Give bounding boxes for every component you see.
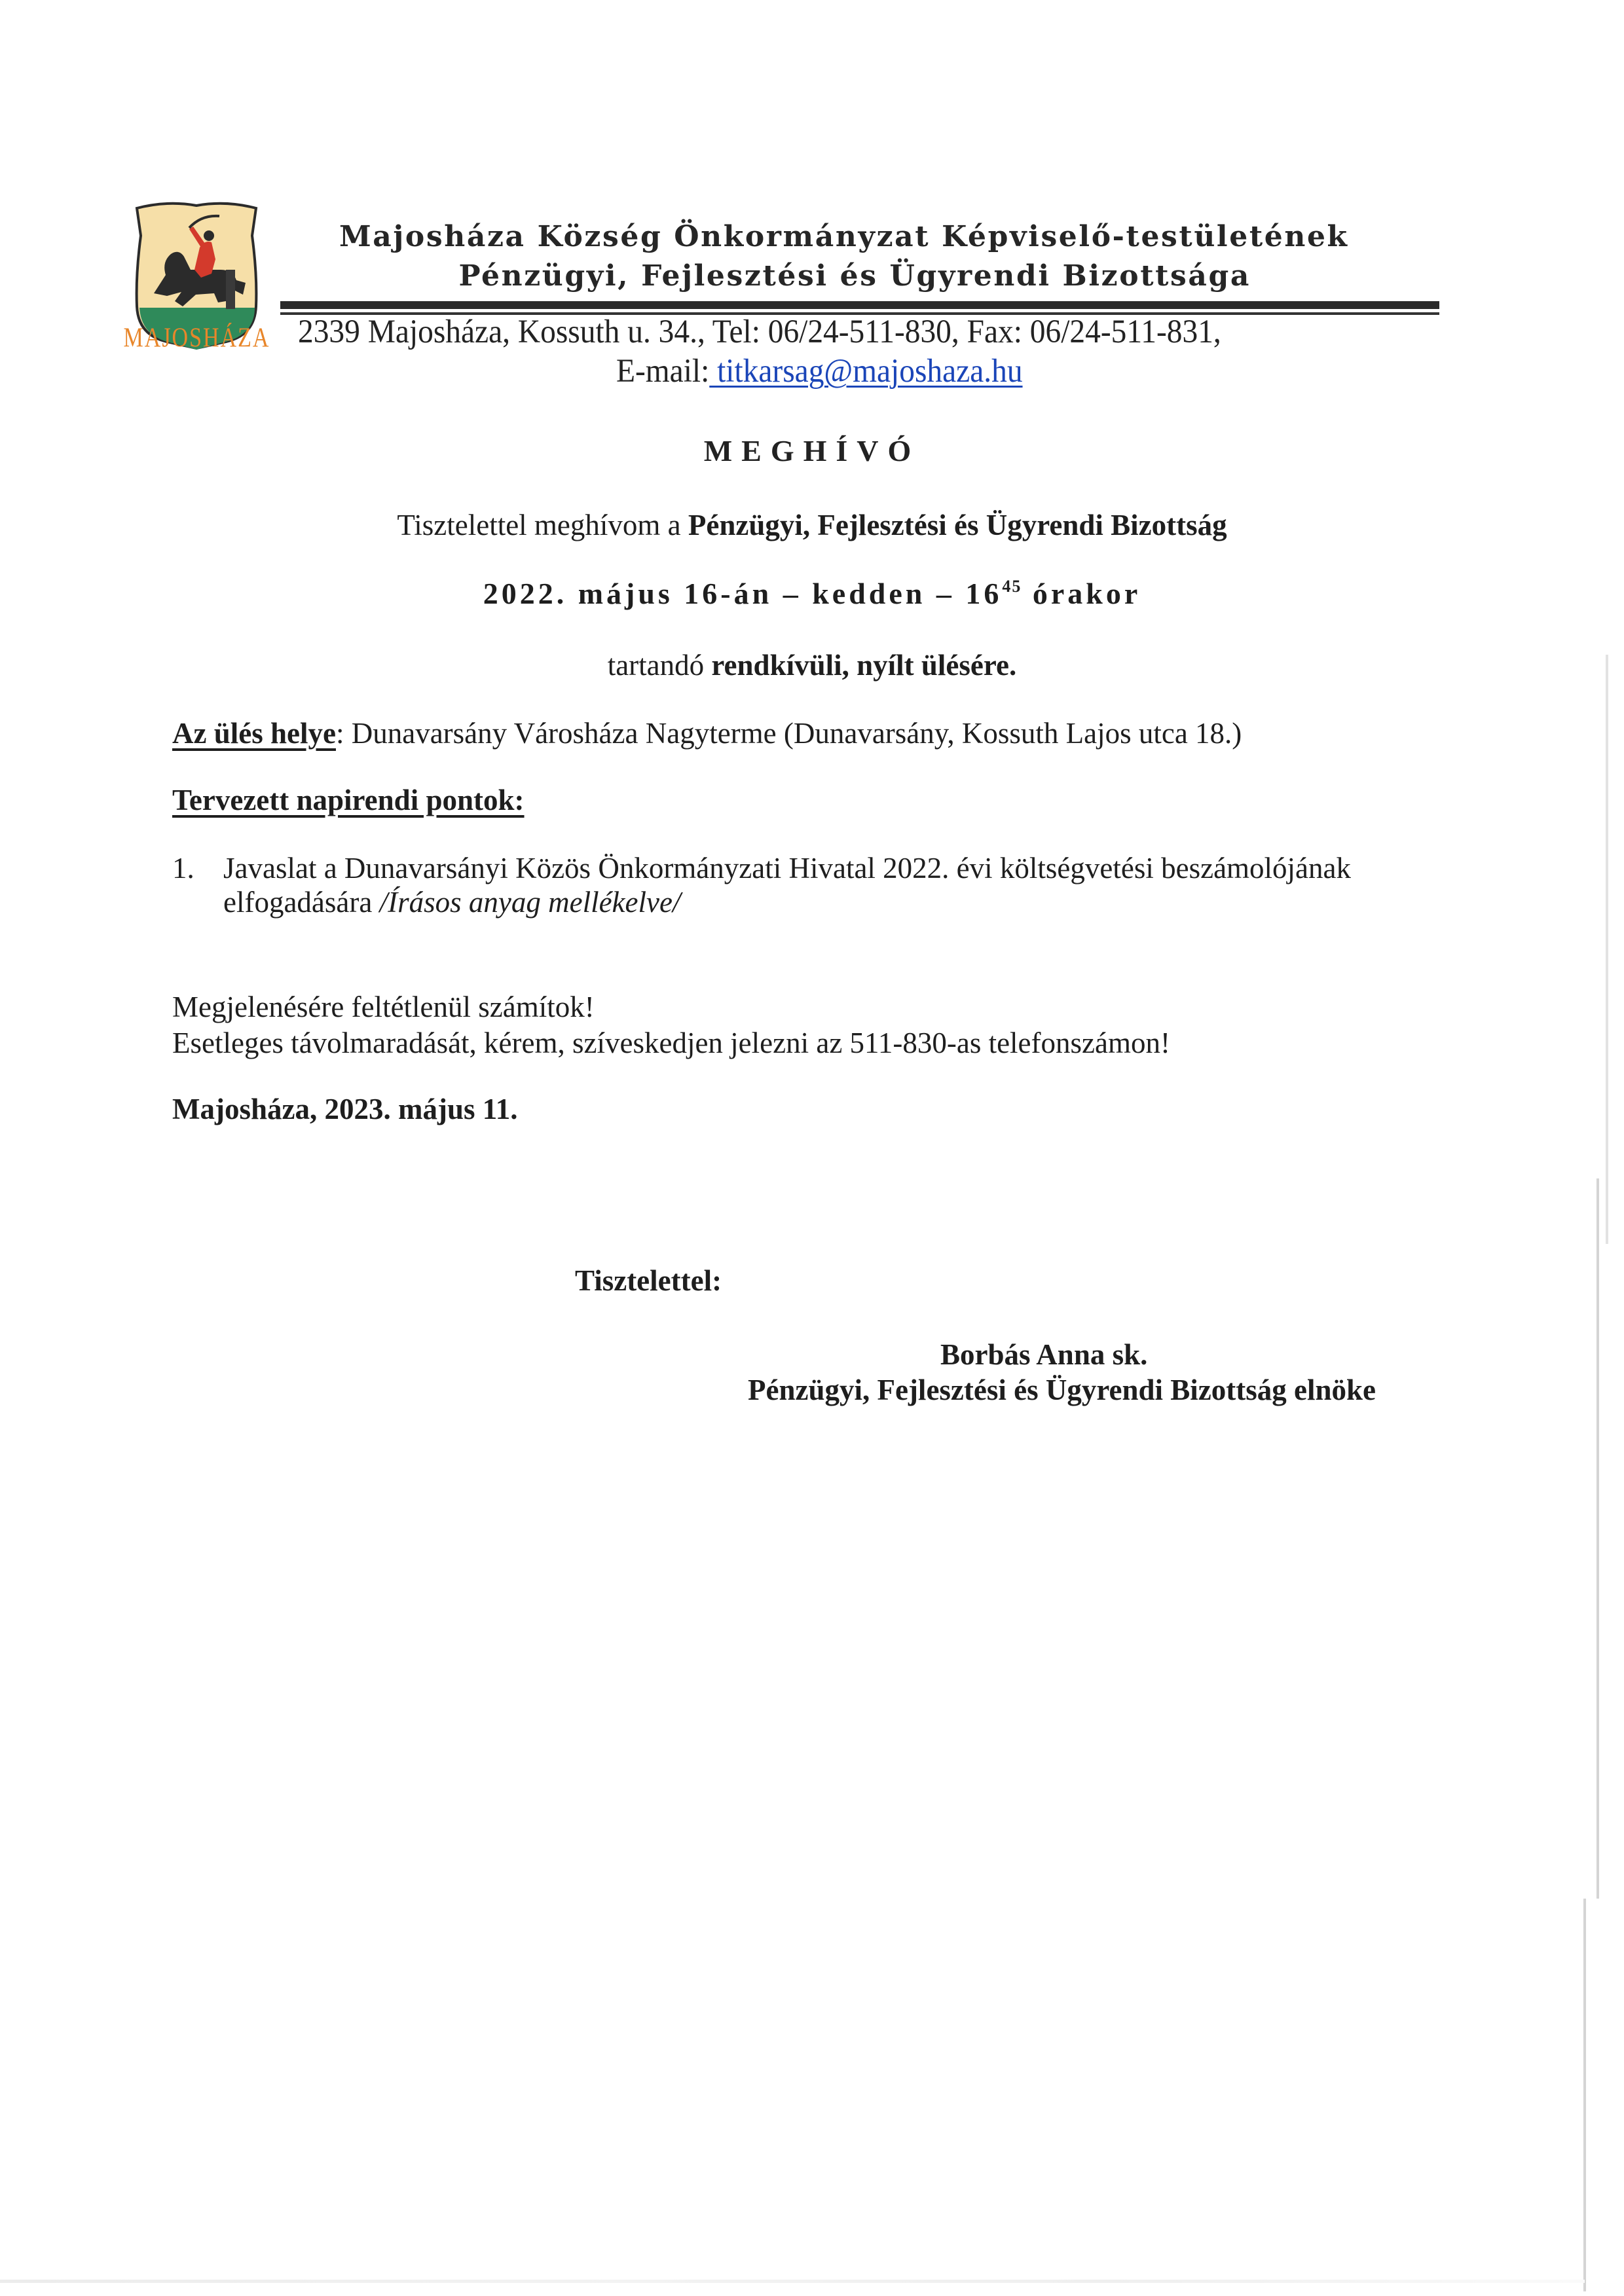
scan-edge-line [1596, 1178, 1599, 1899]
absence-note: Esetleges távolmaradását, kérem, szívesk… [172, 1026, 1170, 1060]
agenda-item: 1.Javaslat a Dunavarsányi Közös Önkormán… [172, 851, 1351, 919]
meeting-datetime: 2022. május 16-án – kedden – 1645 órakor [0, 576, 1624, 611]
attendance-note: Megjelenésére feltétlenül számítok! [172, 990, 595, 1024]
agenda-item-number: 1. [172, 851, 223, 885]
invitation-intro: Tisztelettel meghívom a Pénzügyi, Fejles… [0, 508, 1624, 542]
attachment-note: /Írásos anyag mellékelve/ [380, 886, 681, 919]
meeting-place-value: Dunavarsány Városháza Nagyterme (Dunavar… [344, 717, 1242, 750]
meeting-place-sep: : [336, 717, 344, 750]
committee-name: Pénzügyi, Fejlesztési és Ügyrendi Bizott… [0, 259, 1421, 293]
agenda-item-text: Javaslat a Dunavarsányi Közös Önkormányz… [223, 852, 1351, 884]
closing-greeting: Tisztelettel: [575, 1264, 722, 1298]
meeting-type-value: rendkívüli, nyílt ülésére. [711, 649, 1016, 682]
place-and-date: Majosháza, 2023. május 11. [172, 1092, 518, 1126]
header-rule-thick [280, 301, 1439, 309]
intro-committee: Pénzügyi, Fejlesztési és Ügyrendi Bizott… [688, 509, 1227, 541]
email-label: E-mail: [616, 353, 709, 390]
document-title: MEGHÍVÓ [0, 433, 1624, 468]
meeting-date: 2022. május 16-án – kedden – 16 [483, 577, 1003, 610]
intro-text: Tisztelettel meghívom a [397, 509, 688, 541]
meeting-type-prefix: tartandó [608, 649, 712, 682]
signer-name: Borbás Anna sk. [940, 1338, 1147, 1372]
meeting-time-suffix: órakor [1022, 577, 1141, 610]
logo-caption: MAJOSHÁZA [123, 323, 270, 354]
contact-address: 2339 Majosháza, Kossuth u. 34., Tel: 06/… [298, 313, 1221, 351]
meeting-time-minutes: 45 [1002, 577, 1022, 596]
agenda-item-text-cont: elfogadására [223, 886, 380, 919]
agenda-item-continuation: elfogadására /Írásos anyag mellékelve/ [172, 885, 1351, 919]
meeting-place-label: Az ülés helye [172, 717, 336, 750]
contact-email-line: E-mail: titkarsag@majoshaza.hu [616, 352, 1023, 390]
agenda-heading: Tervezett napirendi pontok: [172, 783, 525, 817]
signer-title: Pénzügyi, Fejlesztési és Ügyrendi Bizott… [748, 1373, 1376, 1407]
scan-bottom-edge [0, 2280, 1585, 2283]
meeting-place: Az ülés helye: Dunavarsány Városháza Nag… [172, 716, 1242, 750]
scan-edge-line [1606, 655, 1608, 1244]
organization-name: Majosháza Község Önkormányzat Képviselő-… [339, 220, 1349, 253]
scan-edge-line [1583, 1899, 1586, 2291]
meeting-type: tartandó rendkívüli, nyílt ülésére. [0, 648, 1624, 682]
email-link[interactable]: titkarsag@majoshaza.hu [709, 353, 1022, 390]
